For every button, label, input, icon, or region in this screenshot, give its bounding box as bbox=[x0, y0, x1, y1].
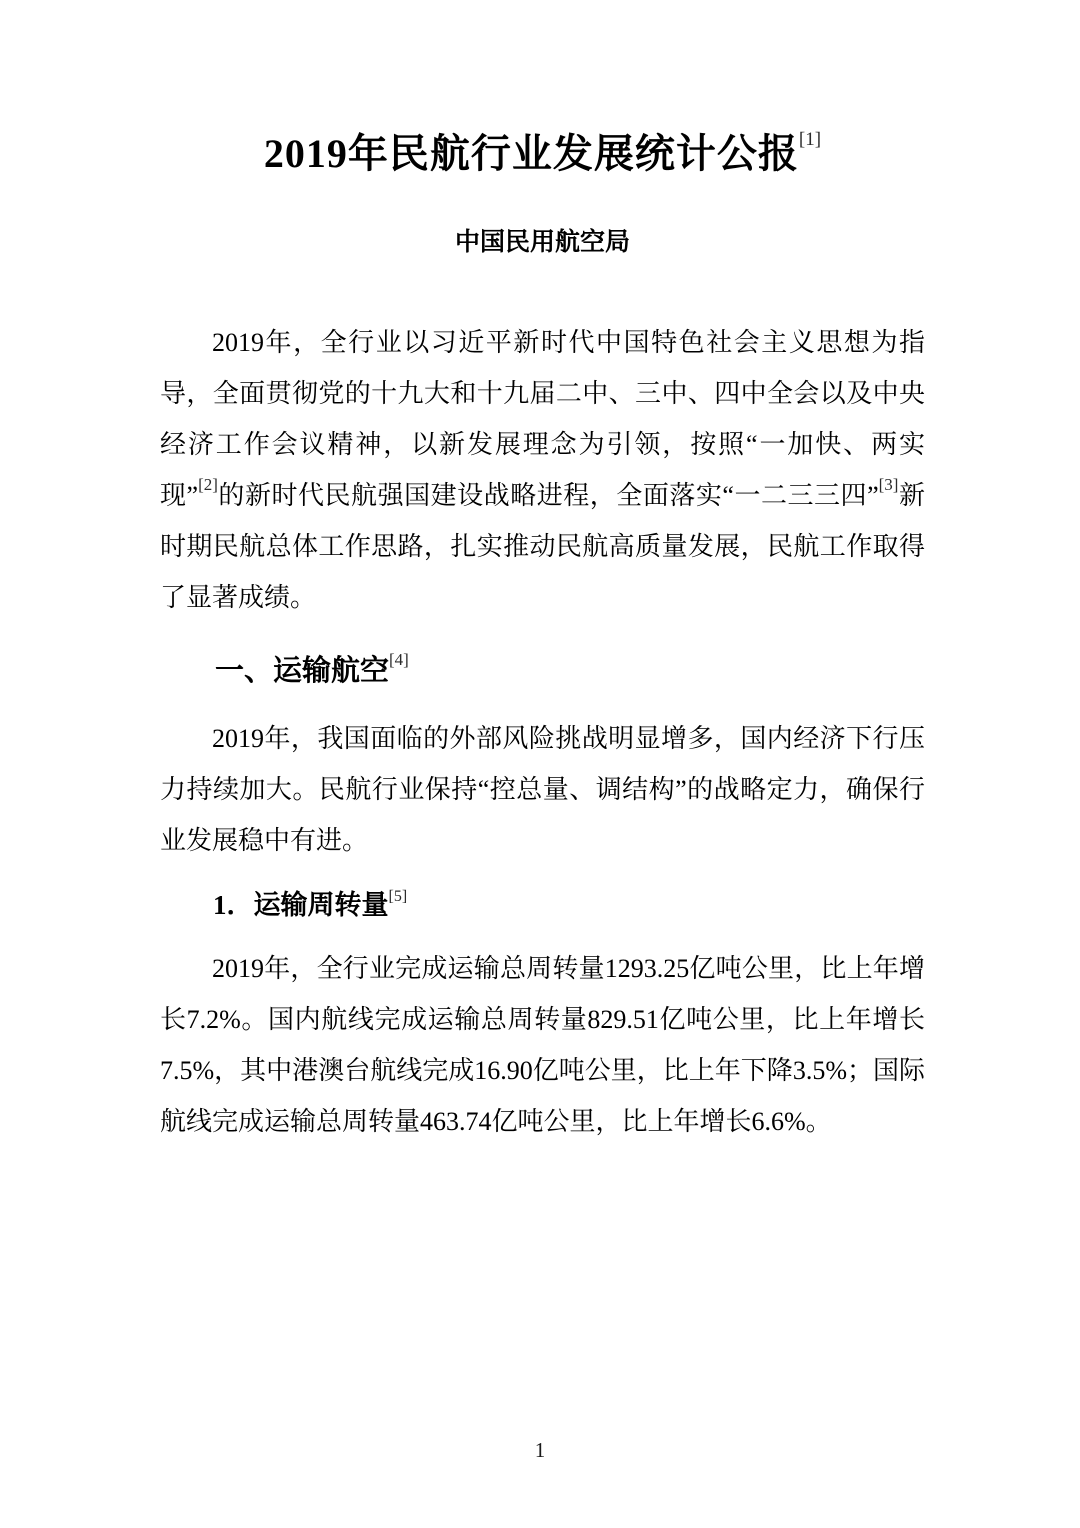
page-number: 1 bbox=[0, 1438, 1080, 1462]
intro-text-2: 的新时代民航强国建设战略进程，全面落实“一二三三四” bbox=[218, 481, 879, 510]
document-title: 2019年民航行业发展统计公报[1] bbox=[160, 0, 925, 178]
turnover-statistics-paragraph: 2019年，全行业完成运输总周转量1293.25亿吨公里，比上年增长7.2%。国… bbox=[160, 943, 925, 1147]
footnote-ref-2: [2] bbox=[198, 475, 218, 494]
document-page: 2019年民航行业发展统计公报[1] 中国民用航空局 2019年，全行业以习近平… bbox=[0, 0, 1080, 1528]
footnote-ref-1: [1] bbox=[799, 129, 821, 150]
intro-paragraph: 2019年，全行业以习近平新时代中国特色社会主义思想为指导，全面贯彻党的十九大和… bbox=[160, 317, 925, 623]
subsection-heading-text: 1．运输周转量 bbox=[213, 890, 389, 920]
transport-overview-paragraph: 2019年，我国面临的外部风险挑战明显增多，国内经济下行压力持续加大。民航行业保… bbox=[160, 713, 925, 866]
document-title-text: 2019年民航行业发展统计公报 bbox=[264, 131, 799, 176]
section-heading-text: 一、运输航空 bbox=[215, 655, 389, 687]
footnote-ref-4: [4] bbox=[389, 650, 409, 669]
document-content: 2019年民航行业发展统计公报[1] 中国民用航空局 2019年，全行业以习近平… bbox=[0, 0, 1080, 1147]
document-author: 中国民用航空局 bbox=[160, 228, 925, 258]
footnote-ref-3: [3] bbox=[879, 475, 899, 494]
footnote-ref-5: [5] bbox=[389, 888, 408, 905]
subsection-heading-transport-turnover: 1．运输周转量[5] bbox=[160, 886, 925, 924]
section-heading-transport-aviation: 一、运输航空[4] bbox=[160, 651, 925, 691]
